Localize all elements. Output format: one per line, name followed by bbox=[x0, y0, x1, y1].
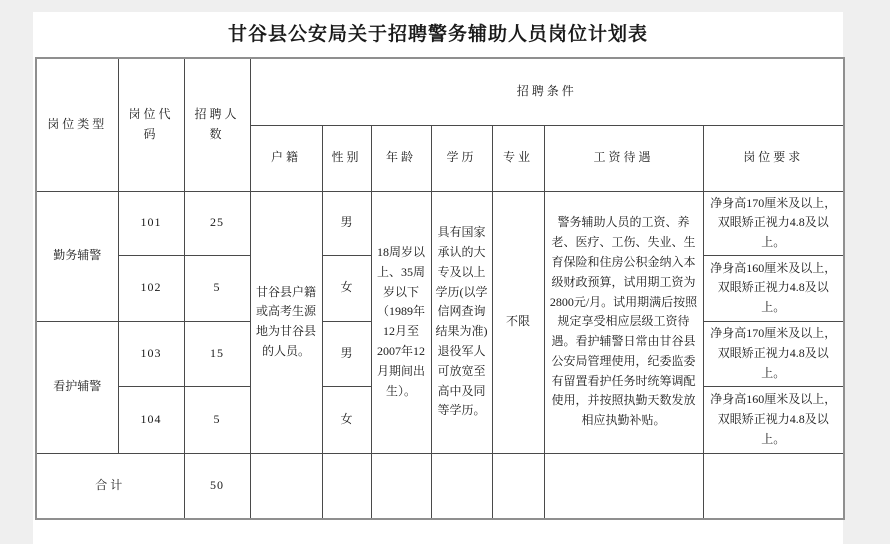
empty-cell bbox=[250, 453, 322, 519]
header-gender: 性别 bbox=[322, 125, 371, 191]
salary-cell: 警务辅助人员的工资、养老、医疗、工伤、失业、生育保险和住房公积金纳入本级财政预算… bbox=[544, 191, 703, 453]
recruit-count-cell: 5 bbox=[184, 255, 250, 321]
gender-cell: 女 bbox=[322, 386, 371, 453]
gender-cell: 男 bbox=[322, 191, 371, 255]
age-cell: 18周岁以上、35周岁以下（1989年12月至2007年12月期间出生）。 bbox=[371, 191, 431, 453]
recruitment-plan-table: 岗位类型 岗位代码 招聘人数 招聘条件 户籍 性别 年龄 学历 专业 工资待遇 … bbox=[35, 57, 845, 520]
document-page: 甘谷县公安局关于招聘警务辅助人员岗位计划表 岗位类型 岗位代码 招聘人数 招聘条… bbox=[33, 12, 843, 544]
recruit-count-cell: 5 bbox=[184, 386, 250, 453]
table-row-101: 勤务辅警 101 25 甘谷县户籍或高考生源地为甘谷县的人员。 男 18周岁以上… bbox=[36, 191, 844, 255]
requirement-cell: 净身高170厘米及以上，双眼矫正视力4.8及以上。 bbox=[703, 321, 844, 386]
total-row: 合计 50 bbox=[36, 453, 844, 519]
empty-cell bbox=[371, 453, 431, 519]
header-salary: 工资待遇 bbox=[544, 125, 703, 191]
header-age: 年龄 bbox=[371, 125, 431, 191]
recruit-count-cell: 15 bbox=[184, 321, 250, 386]
header-education: 学历 bbox=[431, 125, 492, 191]
empty-cell bbox=[322, 453, 371, 519]
header-job-code: 岗位代码 bbox=[118, 58, 184, 191]
job-code-cell: 104 bbox=[118, 386, 184, 453]
requirement-cell: 净身高170厘米及以上，双眼矫正视力4.8及以上。 bbox=[703, 191, 844, 255]
page-title: 甘谷县公安局关于招聘警务辅助人员岗位计划表 bbox=[33, 12, 843, 57]
total-label-cell: 合计 bbox=[36, 453, 184, 519]
requirement-cell: 净身高160厘米及以上，双眼矫正视力4.8及以上。 bbox=[703, 386, 844, 453]
recruit-count-cell: 25 bbox=[184, 191, 250, 255]
header-major: 专业 bbox=[492, 125, 544, 191]
header-row-1: 岗位类型 岗位代码 招聘人数 招聘条件 bbox=[36, 58, 844, 125]
education-cell: 具有国家承认的大专及以上学历(以学信网查询结果为准)退役军人可放宽至高中及同等学… bbox=[431, 191, 492, 453]
header-household: 户籍 bbox=[250, 125, 322, 191]
total-count-cell: 50 bbox=[184, 453, 250, 519]
gender-cell: 男 bbox=[322, 321, 371, 386]
major-cell: 不限 bbox=[492, 191, 544, 453]
requirement-cell: 净身高160厘米及以上，双眼矫正视力4.8及以上。 bbox=[703, 255, 844, 321]
header-conditions: 招聘条件 bbox=[250, 58, 844, 125]
header-requirements: 岗位要求 bbox=[703, 125, 844, 191]
empty-cell bbox=[703, 453, 844, 519]
job-code-cell: 101 bbox=[118, 191, 184, 255]
gender-cell: 女 bbox=[322, 255, 371, 321]
empty-cell bbox=[431, 453, 492, 519]
header-job-type: 岗位类型 bbox=[36, 58, 118, 191]
job-type-cell: 看护辅警 bbox=[36, 321, 118, 453]
empty-cell bbox=[544, 453, 703, 519]
job-type-cell: 勤务辅警 bbox=[36, 191, 118, 321]
job-code-cell: 103 bbox=[118, 321, 184, 386]
job-code-cell: 102 bbox=[118, 255, 184, 321]
empty-cell bbox=[492, 453, 544, 519]
header-recruit-count: 招聘人数 bbox=[184, 58, 250, 191]
household-cell: 甘谷县户籍或高考生源地为甘谷县的人员。 bbox=[250, 191, 322, 453]
